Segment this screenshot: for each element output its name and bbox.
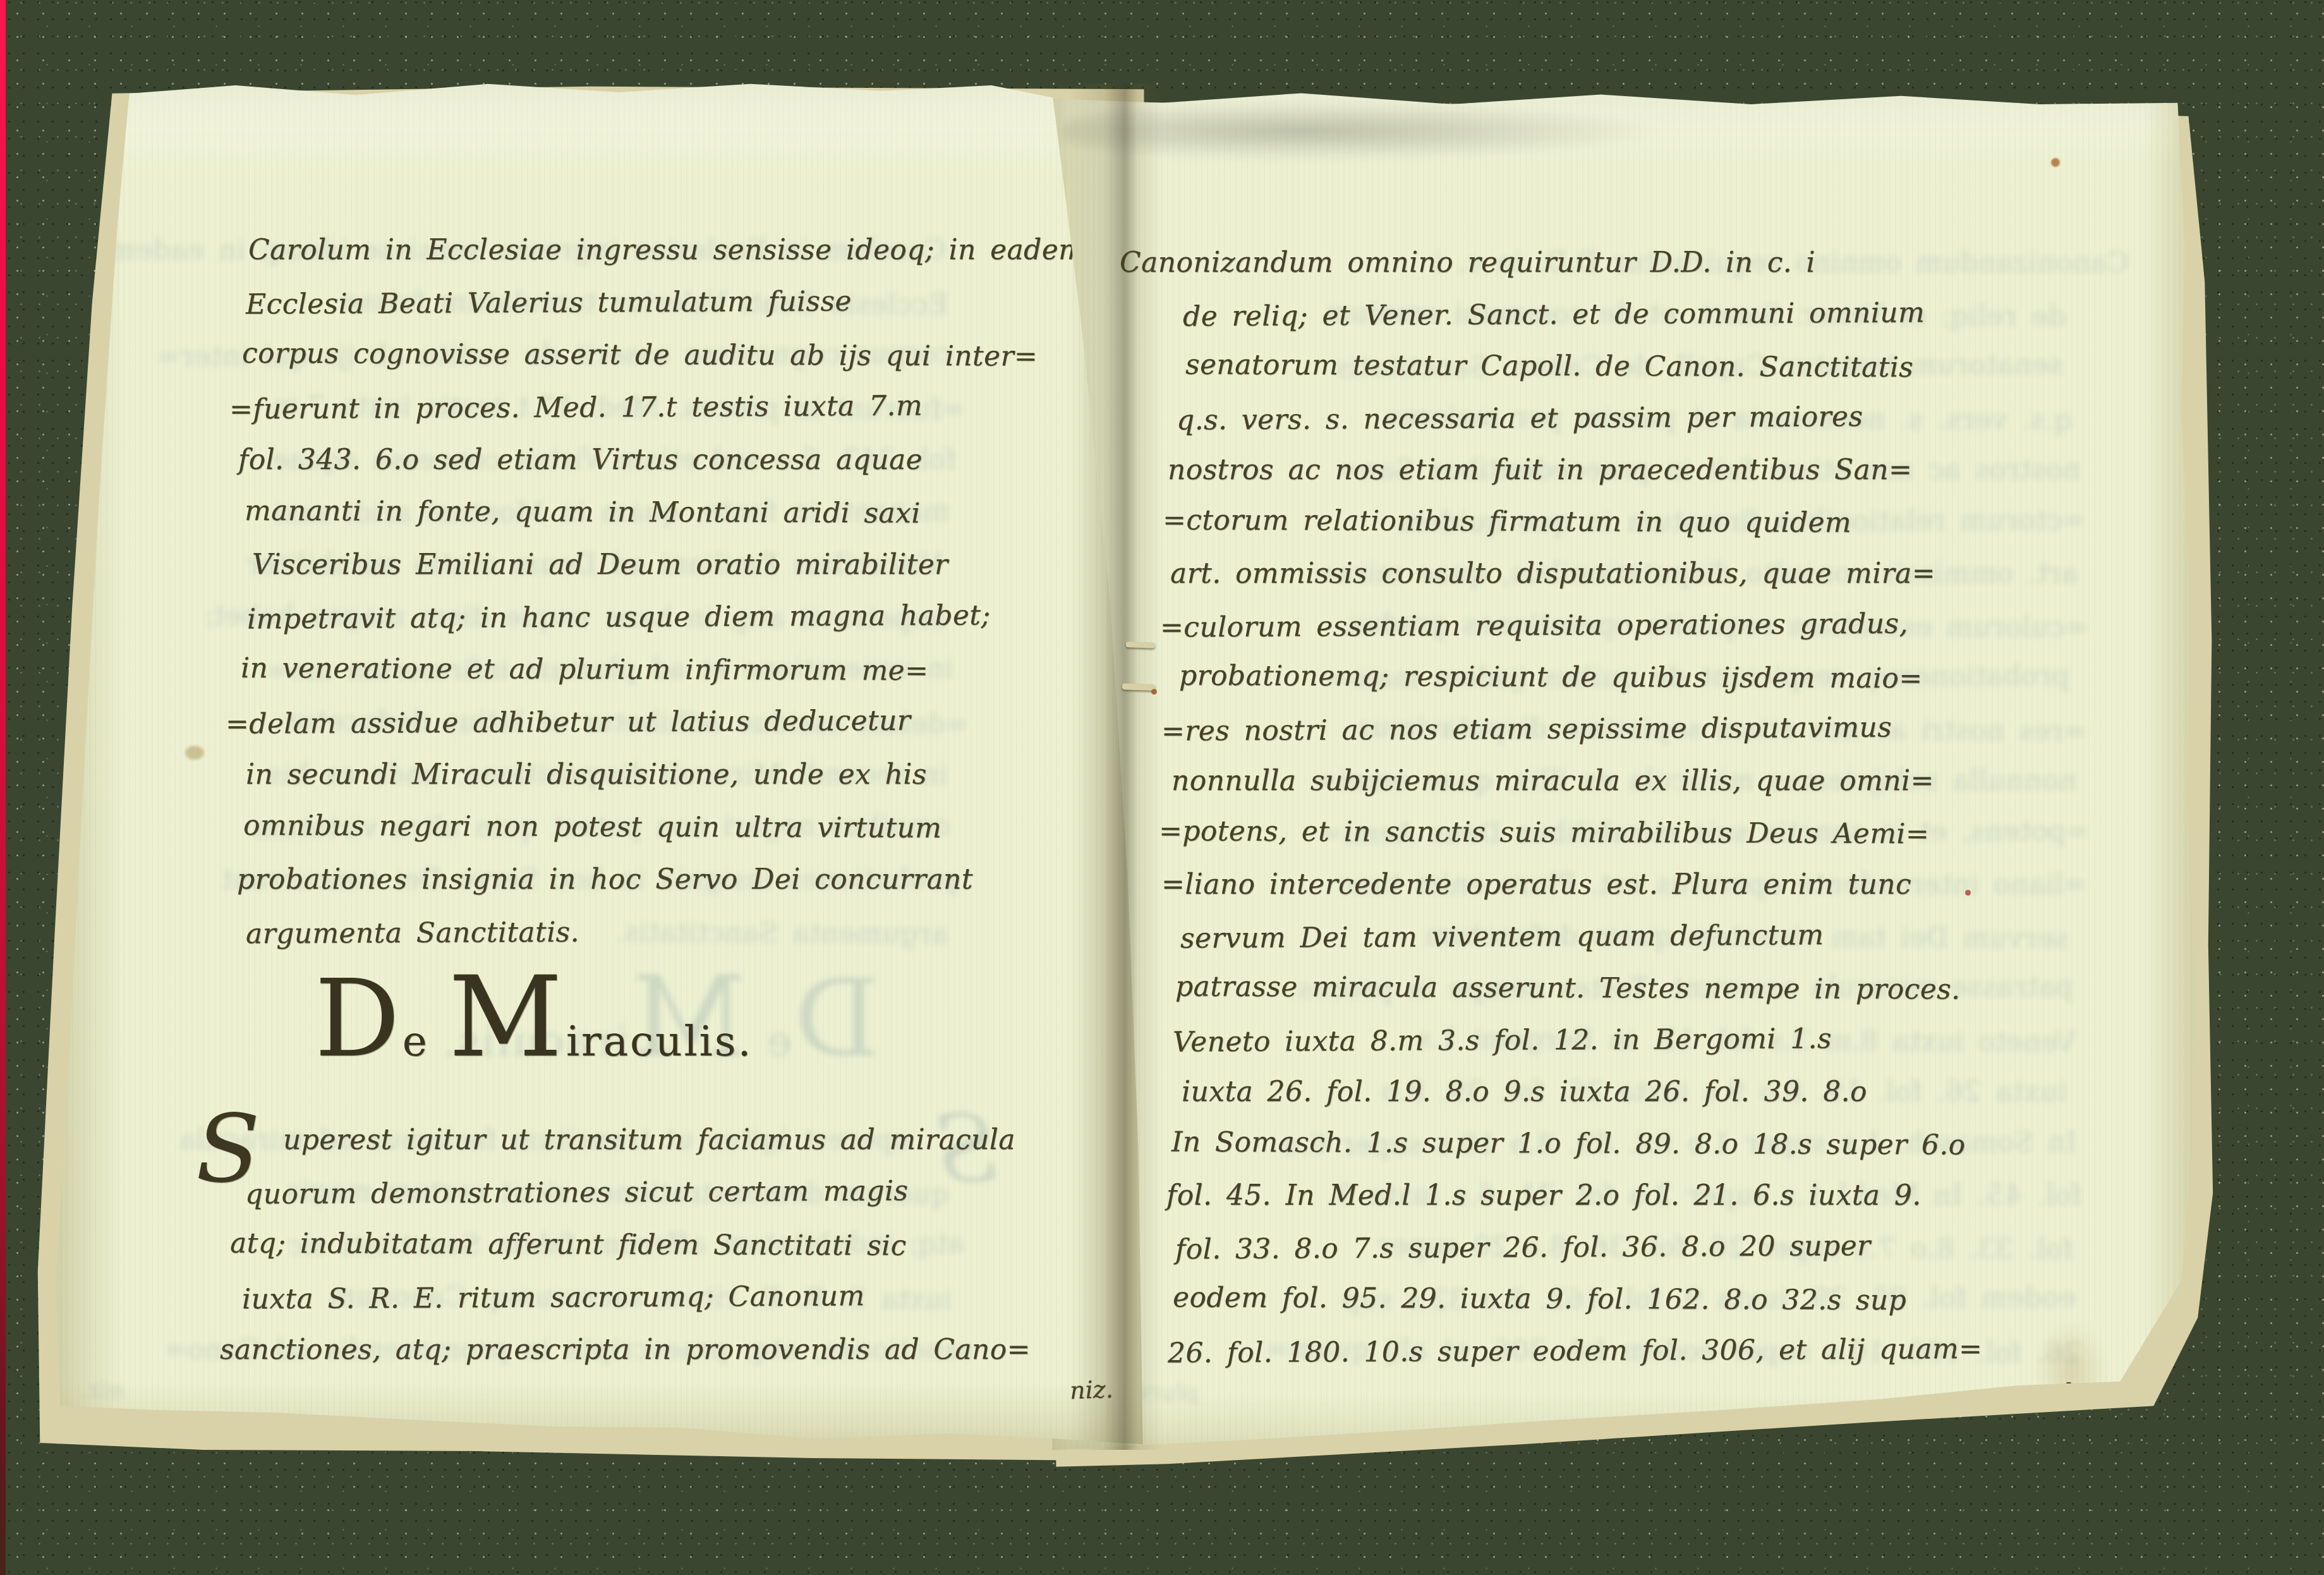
binding-stitch bbox=[1122, 683, 1155, 691]
manuscript-line: probationemq; respiciunt de quibus ijsde… bbox=[1179, 650, 2002, 705]
manuscript-right-page: Canonizandum omnino requiruntur D.D. in … bbox=[1048, 82, 2201, 1460]
left-page-paragraph-1: Carolum in Ecclesiae ingressu sensisse i… bbox=[242, 224, 1026, 958]
manuscript-line: in secundi Miraculi disquisitione, unde … bbox=[246, 748, 1026, 801]
heading-initial-m: M bbox=[449, 962, 562, 1073]
manuscript-line: impetravit atq; in hanc usque diem magna… bbox=[247, 589, 1026, 645]
manuscript-line: Canonizandum omnino requiruntur D.D. in … bbox=[1120, 237, 2002, 289]
manuscript-line: =delam assidue adhibetur ut latius deduc… bbox=[226, 694, 1026, 751]
heading-text: e bbox=[402, 1017, 427, 1066]
manuscript-line: fol. 45. In Med.l 1.s super 2.o fol. 21.… bbox=[1166, 1170, 2002, 1222]
manuscript-line: =res nostri ac nos etiam sepissime dispu… bbox=[1161, 702, 2002, 758]
manuscript-line: probationes insignia in hoc Servo Dei co… bbox=[237, 853, 1026, 906]
manuscript-line: =ctorum relationibus firmatum in quo qui… bbox=[1163, 494, 2002, 549]
manuscript-line: nonnulla subijciemus miracula ex illis, … bbox=[1171, 755, 2002, 807]
manuscript-line: 26. fol. 180. 10.s super eodem fol. 306,… bbox=[1168, 1323, 2002, 1380]
manuscript-left-page: Carolum in Ecclesiae ingressu sensisse i… bbox=[49, 77, 1145, 1450]
left-page-text: Carolum in Ecclesiae ingressu sensisse i… bbox=[49, 77, 1145, 1450]
manuscript-line: In Somasch. 1.s super 1.o fol. 89. 8.o 1… bbox=[1171, 1116, 2002, 1171]
manuscript-line: q.s. vers. s. necessaria et passim per m… bbox=[1177, 391, 2002, 447]
manuscript-line: argumenta Sanctitatis. bbox=[246, 904, 1026, 960]
right-page-text: Canonizandum omnino requiruntur D.D. in … bbox=[1048, 82, 2201, 1460]
catchword: niz. bbox=[1069, 1375, 1113, 1404]
manuscript-line: Visceribus Emiliani ad Deum oratio mirab… bbox=[252, 538, 1026, 591]
manuscript-line: fol. 343. 6.o sed etiam Virtus concessa … bbox=[238, 434, 1026, 486]
manuscript-line: Ecclesia Beati Valerius tumulatum fuisse bbox=[246, 274, 1026, 331]
left-edge-red-strip bbox=[0, 0, 6, 1575]
photograph-of-open-manuscript: Canonizandum omnino requiruntur D.D. in … bbox=[0, 0, 2324, 1575]
manuscript-line: senatorum testatur Capoll. de Canon. San… bbox=[1185, 339, 2002, 394]
manuscript-line: servum Dei tam viventem quam defunctum bbox=[1180, 909, 2002, 965]
manuscript-line: quorum demonstrationes sicut certam magi… bbox=[245, 1164, 1029, 1220]
manuscript-line: mananti in fonte, quam in Montani aridi … bbox=[245, 485, 1026, 540]
heading-text: iraculis. bbox=[566, 1017, 753, 1066]
manuscript-line: =fuerunt in proces. Med. 17.t testis iux… bbox=[229, 379, 1026, 436]
manuscript-line: =potens, et in sanctis suis mirabilibus … bbox=[1159, 805, 2002, 860]
manuscript-line: iuxta S. R. E. ritum sacrorumq; Canonum bbox=[242, 1269, 1029, 1326]
manuscript-line: in veneratione et ad plurium infirmorum … bbox=[241, 642, 1026, 698]
manuscript-line: corpus cognovisse asserit de auditu ab i… bbox=[242, 327, 1026, 383]
manuscript-line: Carolum in Ecclesiae ingressu sensisse i… bbox=[248, 224, 1026, 276]
section-heading-de-miraculis: D e M iraculis. bbox=[315, 962, 753, 1073]
manuscript-line: fol. 33. 8.o 7.s super 26. fol. 36. 8.o … bbox=[1175, 1220, 2002, 1276]
rust-spot bbox=[1151, 689, 1157, 695]
manuscript-line: nostros ac nos etiam fuit in praecedenti… bbox=[1168, 444, 2002, 496]
manuscript-line: omnibus negari non potest quin ultra vir… bbox=[243, 800, 1026, 855]
manuscript-line: eodem fol. 95. 29. iuxta 9. fol. 162. 8.… bbox=[1173, 1272, 2002, 1327]
manuscript-line: art. ommissis consulto disputationibus, … bbox=[1170, 548, 2002, 600]
manuscript-line: sanctiones, atq; praescripta in promoven… bbox=[220, 1323, 1029, 1376]
manuscript-line: =liano intercedente operatus est. Plura … bbox=[1161, 859, 2002, 911]
binding-stitch bbox=[1126, 642, 1155, 648]
manuscript-line: atq; indubitatam afferunt fidem Sanctita… bbox=[230, 1217, 1029, 1273]
manuscript-line: patrasse miracula asserunt. Testes nempe… bbox=[1175, 961, 2002, 1016]
manuscript-line: =culorum essentiam requisita operationes… bbox=[1160, 598, 2002, 654]
heading-initial-d: D bbox=[315, 966, 400, 1072]
manuscript-line: de reliq; et Vener. Sanct. et de communi… bbox=[1183, 287, 2002, 343]
manuscript-line: Veneto iuxta 8.m 3.s fol. 12. in Bergomi… bbox=[1173, 1013, 2002, 1069]
left-page-paragraph-2: uperest igitur ut transitum faciamus ad … bbox=[207, 1114, 1029, 1376]
right-page-paragraph: Canonizandum omnino requiruntur D.D. in … bbox=[1174, 237, 2002, 1377]
manuscript-line: uperest igitur ut transitum faciamus ad … bbox=[283, 1114, 1029, 1166]
manuscript-line: iuxta 26. fol. 19. 8.o 9.s iuxta 26. fol… bbox=[1182, 1066, 2002, 1118]
